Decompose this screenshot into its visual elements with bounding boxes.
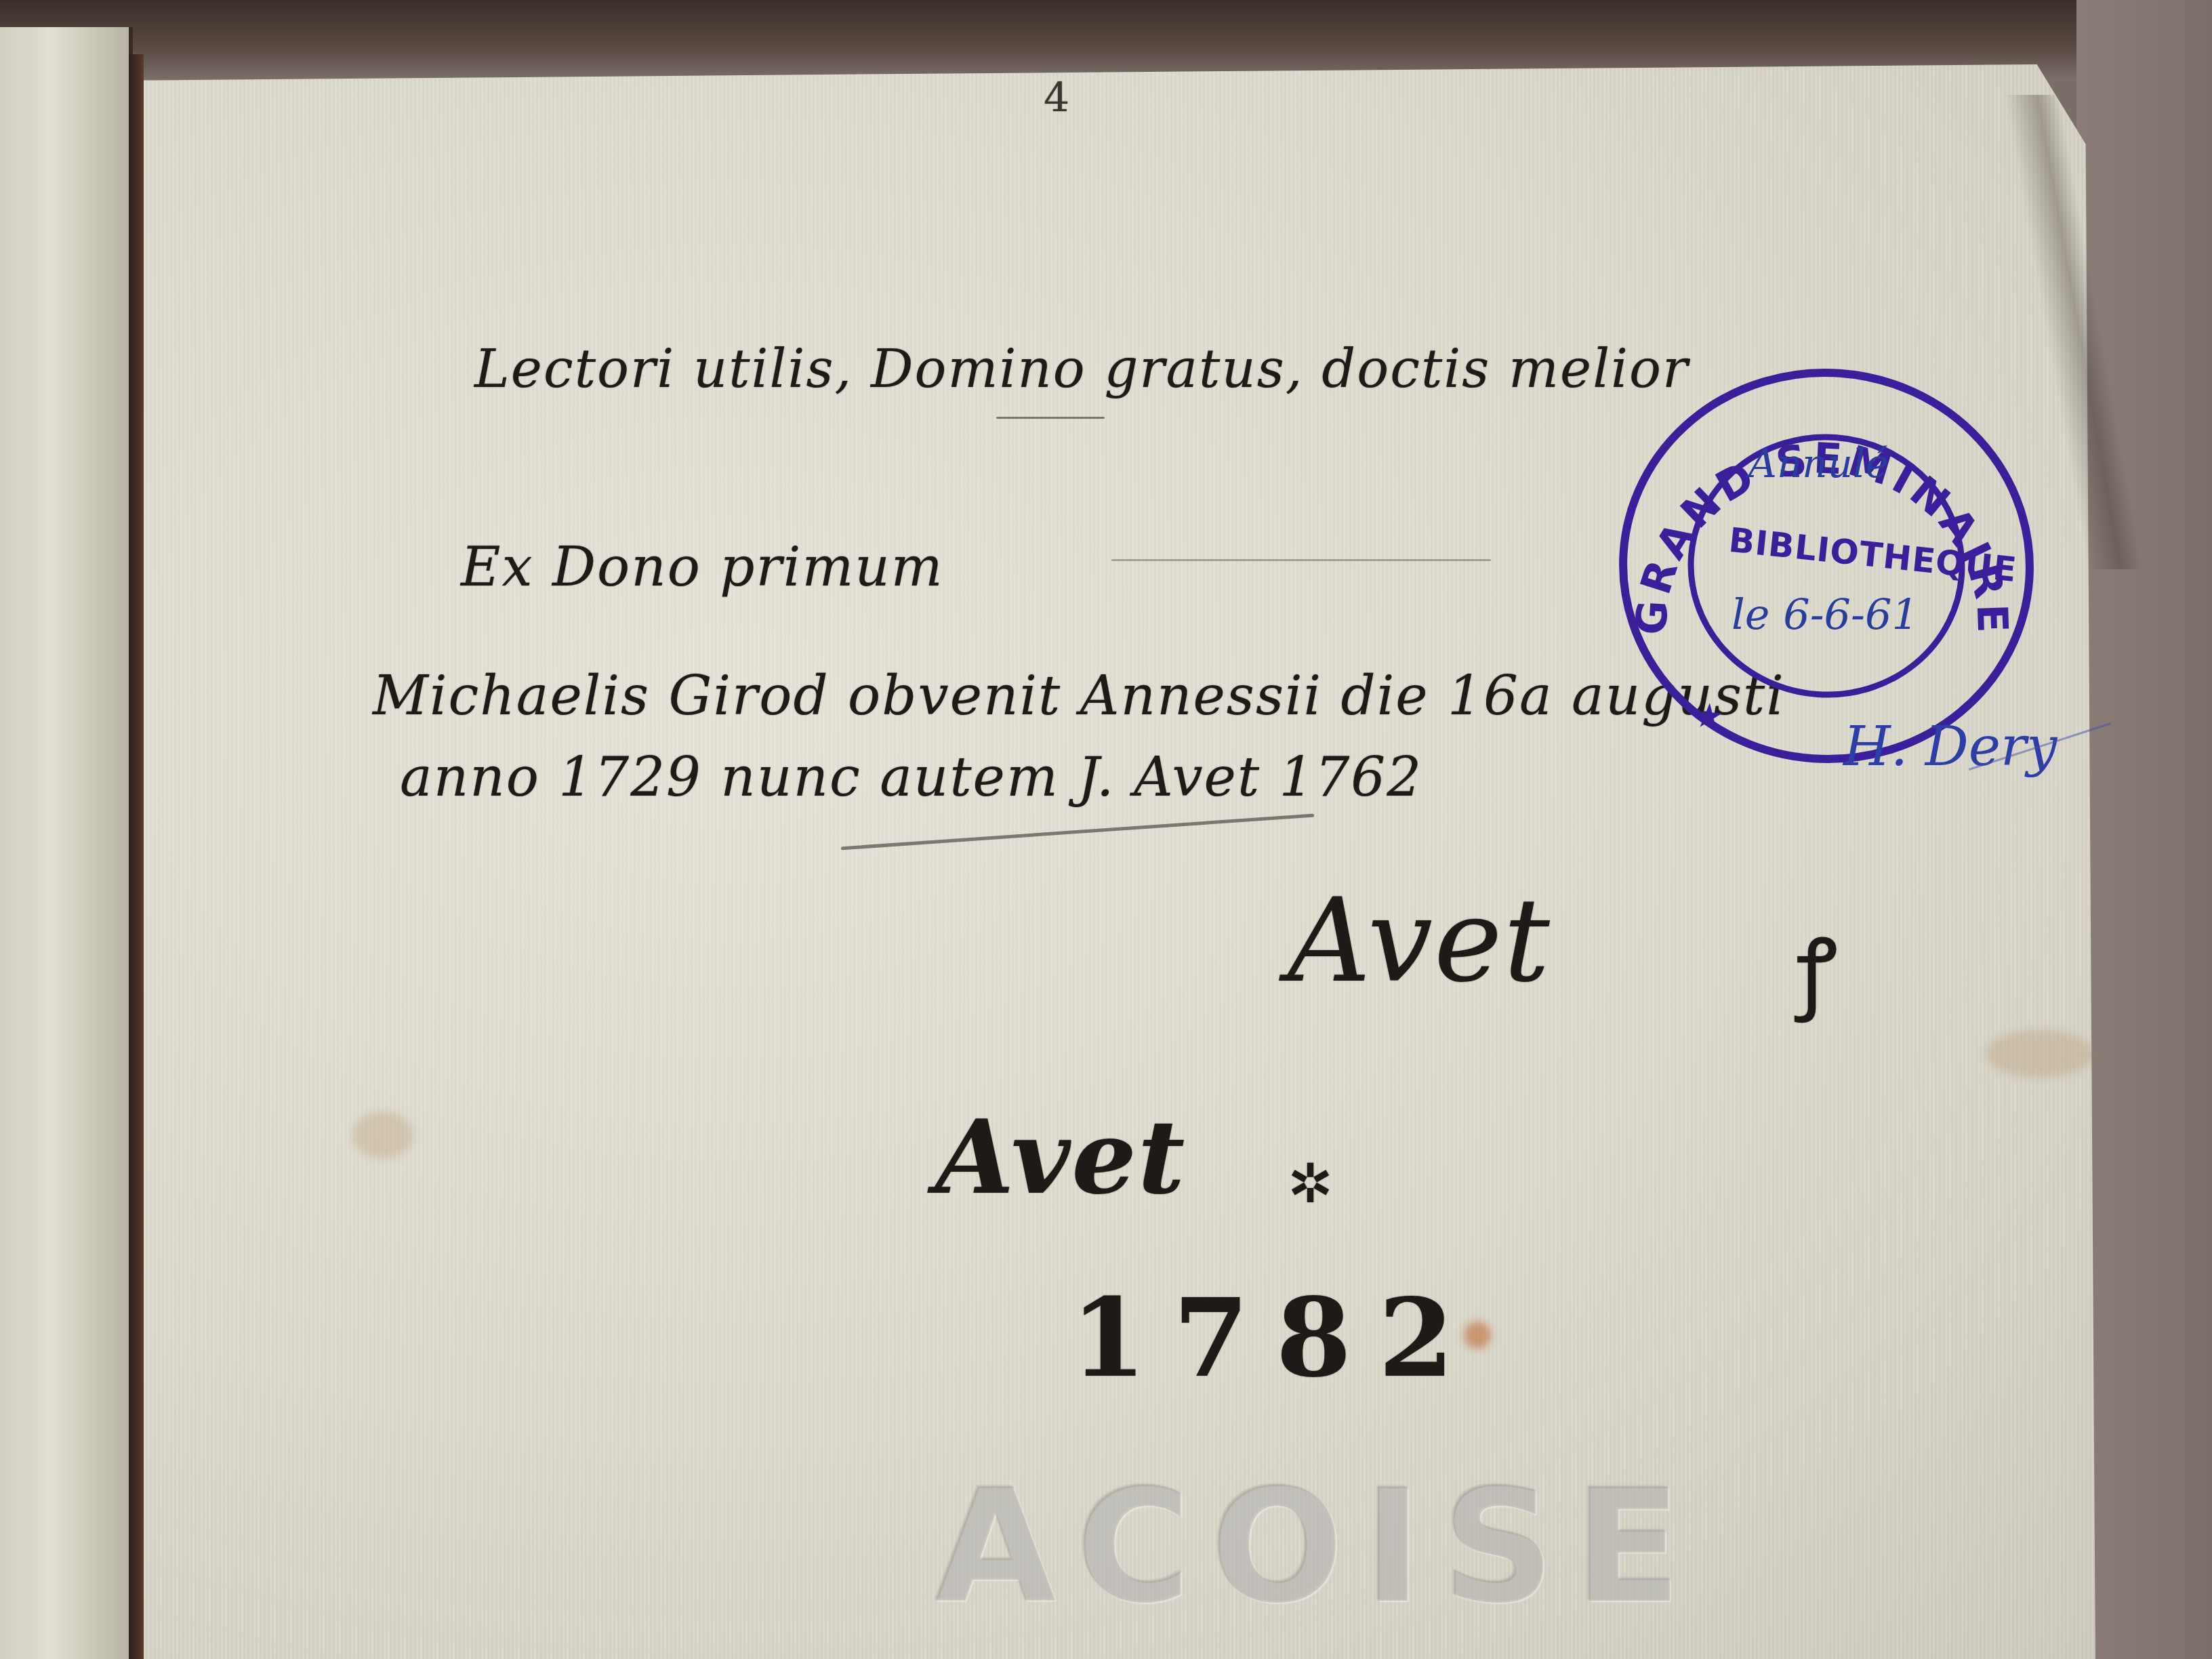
stacked-pages-left xyxy=(0,27,133,1659)
background-surface xyxy=(2076,0,2212,1659)
underline-rule xyxy=(1111,559,1491,561)
stamp-initials: H. Dery xyxy=(1843,715,2057,778)
donor-inscription: Michaelis Girod obvenit Annessii die 16a… xyxy=(373,664,1785,727)
signature-avet: Avet xyxy=(1288,874,1551,1008)
foxing-stain xyxy=(1986,1030,2094,1078)
book-spine-gap xyxy=(129,54,144,1659)
page-mark: 4 xyxy=(1044,75,1071,122)
underline-rule xyxy=(996,417,1105,419)
year-inscription: anno 1729 nunc autem J. Avet 1762 xyxy=(400,745,1422,808)
motto-inscription: Lectori utilis, Domino gratus, doctis me… xyxy=(474,339,1689,400)
foxing-stain xyxy=(352,1111,413,1159)
signature-avet-ornate: Avet xyxy=(935,1098,1186,1217)
year-1782: 1782 xyxy=(1071,1274,1481,1401)
signature-flourish-icon: ꝭ xyxy=(1796,908,1839,1028)
stamp-date: le 6-6-61 xyxy=(1732,590,1919,639)
svg-text:★: ★ xyxy=(1692,695,1725,737)
ornament-icon: ✲ xyxy=(1288,1152,1334,1215)
flyleaf-page xyxy=(144,64,2095,1659)
stamp-annule-note: Annulé xyxy=(1748,441,1889,487)
ex-dono-inscription: Ex Dono primum xyxy=(461,535,944,598)
embossed-text: ACOISE xyxy=(935,1457,1702,1638)
